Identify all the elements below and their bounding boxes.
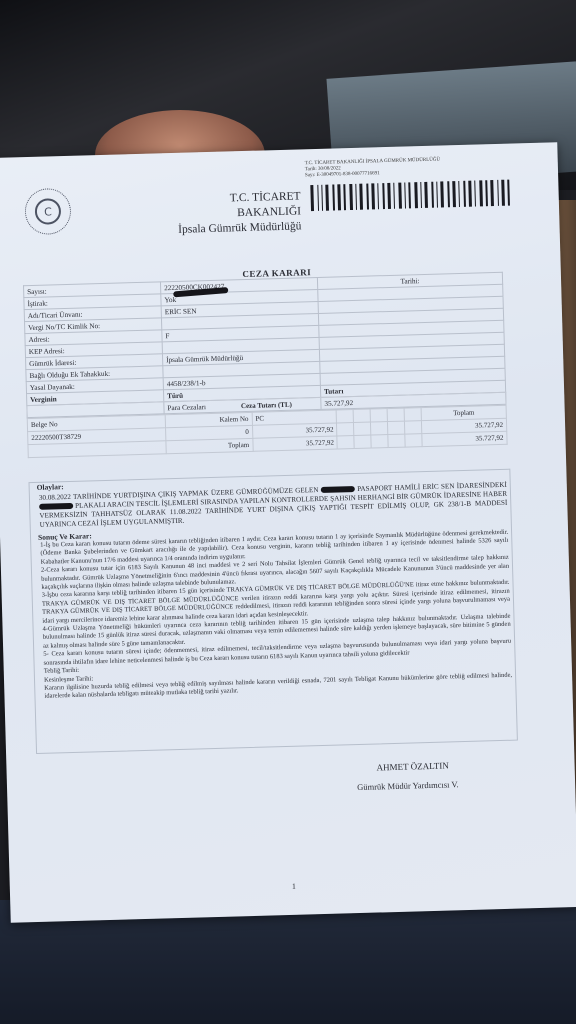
- redaction-mark: [39, 503, 73, 510]
- document-paper: C T.C. TİCARET BAKANLIĞI İpsala Gümrük M…: [0, 142, 576, 923]
- office-name: İpsala Gümrük Müdürlüğü: [171, 219, 301, 238]
- signatory-title: Gümrük Müdür Yardımcısı V.: [357, 779, 459, 792]
- page-number: 1: [292, 882, 296, 891]
- signatory-name: AHMET ÖZALTIN: [376, 760, 449, 772]
- ministry-name: T.C. TİCARET BAKANLIĞI: [170, 189, 301, 223]
- total-toplam: 35.727,92: [422, 431, 507, 446]
- redaction-mark: [321, 486, 355, 493]
- ministry-header: T.C. TİCARET BAKANLIĞI İpsala Gümrük Müd…: [170, 189, 301, 238]
- document-stamp: T.C. TİCARET BAKANLIĞI İPSALA GÜMRÜK MÜD…: [305, 155, 520, 179]
- total-pc: 35.727,92: [253, 436, 338, 451]
- events-heading: Olaylar:: [37, 482, 64, 492]
- decision-text: 1-İş bu Ceza kararı konusu tutarın ödeme…: [40, 529, 512, 702]
- total-label: Toplam: [165, 438, 252, 453]
- ministry-logo-icon: C: [24, 188, 71, 235]
- barcode-icon: [310, 179, 516, 211]
